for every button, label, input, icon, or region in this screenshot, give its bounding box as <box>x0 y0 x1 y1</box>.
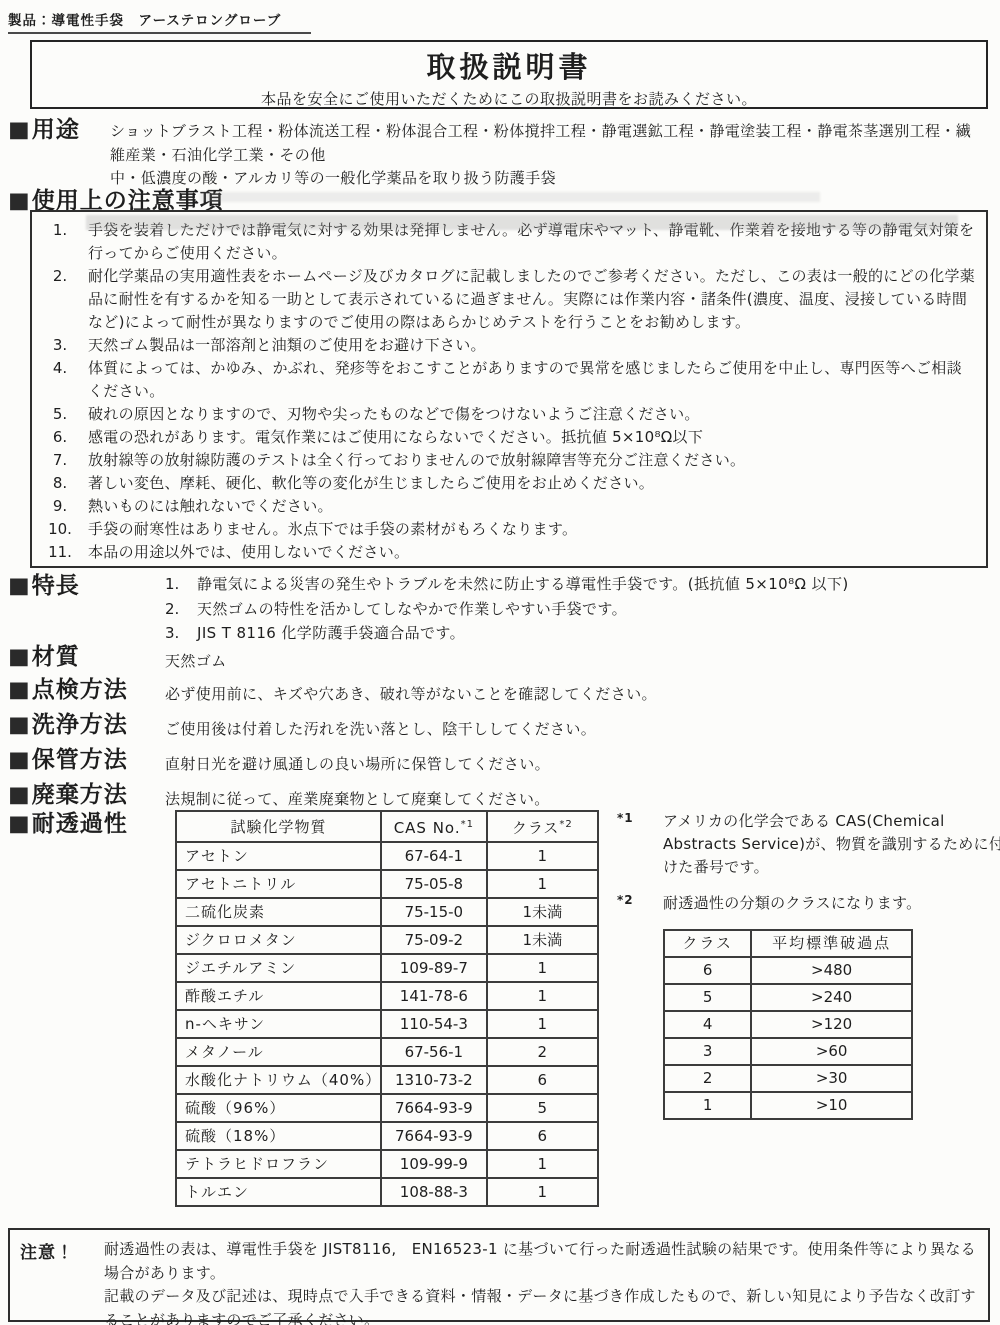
cell-chemical: テトラヒドロフラン <box>176 1150 381 1178</box>
footnote-text: 耐透過性の分類のクラスになります。 <box>663 892 1000 915</box>
section-bullet-icon: ■ <box>8 189 31 214</box>
cell-class: 1 <box>487 1178 598 1206</box>
cell-chemical: 酢酸エチル <box>176 982 381 1010</box>
section-washing-heading: ■洗浄方法 <box>8 711 165 739</box>
header-cas: CAS No.*1 <box>381 811 487 842</box>
caution-number: 2. <box>32 265 88 334</box>
section-bullet-icon: ■ <box>8 782 31 809</box>
cell-chemical: 二硫化炭素 <box>176 898 381 926</box>
section-material: ■材質 天然ゴム <box>8 643 227 674</box>
section-washing-label: 洗浄方法 <box>32 712 128 738</box>
table-row: テトラヒドロフラン109-99-91 <box>176 1150 598 1178</box>
cell-cas: 67-56-1 <box>381 1038 487 1066</box>
cell-breakthrough: >10 <box>751 1092 912 1119</box>
feature-number: 1. <box>165 572 197 597</box>
cell-cas: 75-09-2 <box>381 926 487 954</box>
material-text: 天然ゴム <box>165 643 227 674</box>
storage-text: 直射日光を避け風通しの良い場所に保管してください。 <box>165 746 550 777</box>
table-row: ジエチルアミン109-89-71 <box>176 954 598 982</box>
table-header-row: 試験化学物質 CAS No.*1 クラス*2 <box>176 811 598 842</box>
feature-text: JIS T 8116 化学防護手袋適合品です。 <box>197 621 465 646</box>
cell-breakthrough: >120 <box>751 1011 912 1038</box>
table-row: 3>60 <box>664 1038 912 1065</box>
cell-class: 3 <box>664 1038 751 1065</box>
section-material-label: 材質 <box>32 644 80 670</box>
table-header-row: クラス 平均標準破過点 <box>664 930 912 957</box>
usage-paragraph-1: ショットブラスト工程・粉体流送工程・粉体混合工程・粉体撹拌工程・静電選鉱工程・静… <box>110 120 980 167</box>
cell-cas: 7664-93-9 <box>381 1094 487 1122</box>
inspection-text: 必ず使用前に、キズや穴あき、破れ等がないことを確認してください。 <box>165 676 657 707</box>
features-list: 1.静電気による災害の発生やトラブルを未然に防止する導電性手袋です。(抵抗値 5… <box>165 572 849 646</box>
cell-class: 1 <box>487 1010 598 1038</box>
cell-chemical: 水酸化ナトリウム（40%） <box>176 1066 381 1094</box>
section-bullet-icon: ■ <box>8 712 31 739</box>
caution-number: 6. <box>32 426 88 449</box>
usage-paragraph-2: 中・低濃度の酸・アルカリ等の一般化学薬品を取り扱う防護手袋 <box>110 167 980 191</box>
cell-class: 6 <box>664 957 751 984</box>
footnote-2: *2 耐透過性の分類のクラスになります。 <box>617 892 1000 915</box>
caution-text: 熱いものには触れないでください。 <box>88 495 986 518</box>
section-bullet-icon: ■ <box>8 573 31 600</box>
cell-class: 1 <box>487 842 598 870</box>
cell-class: 1 <box>664 1092 751 1119</box>
notice-text: 耐透過性の表は、導電性手袋を JIST8116, EN16523-1 に基づいて… <box>104 1238 988 1320</box>
feature-item: 2.天然ゴムの特性を活かしてしなやかで作業しやすい手袋です。 <box>165 597 849 622</box>
header-class: クラス*2 <box>487 811 598 842</box>
table-row: 水酸化ナトリウム（40%）1310-73-26 <box>176 1066 598 1094</box>
cell-class: 5 <box>664 984 751 1011</box>
caution-item: 2.耐化学薬品の実用適性表をホームページ及びカタログに記載しましたのでご参考くだ… <box>32 265 986 334</box>
cell-chemical: 硫酸（96%） <box>176 1094 381 1122</box>
permeation-notes-column: *1 アメリカの化学会である CAS(Chemical Abstracts Se… <box>617 810 1000 1120</box>
section-features: ■特長 1.静電気による災害の発生やトラブルを未然に防止する導電性手袋です。(抵… <box>8 572 849 646</box>
cell-class: 4 <box>664 1011 751 1038</box>
feature-item: 3.JIS T 8116 化学防護手袋適合品です。 <box>165 621 849 646</box>
cell-chemical: 硫酸（18%） <box>176 1122 381 1150</box>
section-washing: ■洗浄方法 ご使用後は付着した汚れを洗い落とし、陰干ししてください。 <box>8 711 596 742</box>
washing-text: ご使用後は付着した汚れを洗い落とし、陰干ししてください。 <box>165 711 596 742</box>
section-permeation-heading: ■耐透過性 <box>8 810 175 838</box>
section-material-heading: ■材質 <box>8 643 165 671</box>
caution-item: 9.熱いものには触れないでください。 <box>32 495 986 518</box>
page-subtitle: 本品を安全にご使用いただくためにこの取扱説明書をお読みください。 <box>32 88 986 109</box>
table-row: 硫酸（96%）7664-93-95 <box>176 1094 598 1122</box>
notice-paragraph-2: 記載のデータ及び記述は、現時点で入手できる資料・情報・データに基づき作成したもの… <box>104 1285 980 1325</box>
table-row: 1>10 <box>664 1092 912 1119</box>
section-storage-heading: ■保管方法 <box>8 746 165 774</box>
section-storage-label: 保管方法 <box>32 747 128 773</box>
caution-number: 8. <box>32 472 88 495</box>
section-bullet-icon: ■ <box>8 747 31 774</box>
cell-chemical: トルエン <box>176 1178 381 1206</box>
cell-breakthrough: >480 <box>751 957 912 984</box>
table-row: n-ヘキサン110-54-31 <box>176 1010 598 1038</box>
title-box: 取扱説明書 本品を安全にご使用いただくためにこの取扱説明書をお読みください。 <box>30 40 988 109</box>
cell-cas: 75-15-0 <box>381 898 487 926</box>
caution-text: 体質によっては、かゆみ、かぶれ、発疹等をおこすことがありますので異常を感じました… <box>88 357 986 403</box>
notice-paragraph-1: 耐透過性の表は、導電性手袋を JIST8116, EN16523-1 に基づいて… <box>104 1238 980 1285</box>
caution-text: 手袋を装着しただけでは静電気に対する効果は発揮しません。必ず導電床やマット、静電… <box>88 219 986 265</box>
caution-number: 1. <box>32 219 88 265</box>
caution-text: 手袋の耐寒性はありません。氷点下では手袋の素材がもろくなります。 <box>88 518 986 541</box>
cell-chemical: アセトニトリル <box>176 870 381 898</box>
feature-number: 2. <box>165 597 197 622</box>
caution-text: 放射線等の放射線防護のテストは全く行っておりませんので放射線障害等充分ご注意くだ… <box>88 449 986 472</box>
manual-page: 製品：導電性手袋 アーステロングローブ 取扱説明書 本品を安全にご使用いただくた… <box>0 0 1000 1325</box>
table-row: メタノール67-56-12 <box>176 1038 598 1066</box>
section-permeation-label: 耐透過性 <box>32 811 128 837</box>
cautions-box: 1.手袋を装着しただけでは静電気に対する効果は発揮しません。必ず導電床やマット、… <box>30 210 988 568</box>
caution-item: 7.放射線等の放射線防護のテストは全く行っておりませんので放射線障害等充分ご注意… <box>32 449 986 472</box>
section-features-label: 特長 <box>32 573 80 599</box>
cell-breakthrough: >240 <box>751 984 912 1011</box>
notice-label: 注意！ <box>10 1238 104 1320</box>
caution-item: 10.手袋の耐寒性はありません。氷点下では手袋の素材がもろくなります。 <box>32 518 986 541</box>
table-row: ジクロロメタン75-09-21未満 <box>176 926 598 954</box>
cell-cas: 109-89-7 <box>381 954 487 982</box>
caution-item: 4.体質によっては、かゆみ、かぶれ、発疹等をおこすことがありますので異常を感じま… <box>32 357 986 403</box>
cell-cas: 109-99-9 <box>381 1150 487 1178</box>
scan-artifact <box>200 192 820 202</box>
cell-cas: 1310-73-2 <box>381 1066 487 1094</box>
caution-item: 3.天然ゴム製品は一部溶剤と油類のご使用をお避け下さい。 <box>32 334 986 357</box>
notice-box: 注意！ 耐透過性の表は、導電性手袋を JIST8116, EN16523-1 に… <box>8 1228 990 1322</box>
section-storage: ■保管方法 直射日光を避け風通しの良い場所に保管してください。 <box>8 746 550 777</box>
cas-footnote-marker: *1 <box>461 819 474 830</box>
section-usage-label: 用途 <box>32 117 80 143</box>
section-disposal: ■廃棄方法 法規制に従って、産業廃棄物として廃棄してください。 <box>8 781 550 812</box>
cell-class: 1 <box>487 870 598 898</box>
header-breakthrough: 平均標準破過点 <box>751 930 912 957</box>
table-row: 二硫化炭素75-15-01未満 <box>176 898 598 926</box>
section-disposal-heading: ■廃棄方法 <box>8 781 165 809</box>
cell-cas: 7664-93-9 <box>381 1122 487 1150</box>
table-row: 酢酸エチル141-78-61 <box>176 982 598 1010</box>
table-row: 4>120 <box>664 1011 912 1038</box>
class-definition-table: クラス 平均標準破過点 6>480 5>240 4>120 3>60 2>30 … <box>663 929 913 1120</box>
section-inspection-label: 点検方法 <box>32 677 128 703</box>
footnote-1: *1 アメリカの化学会である CAS(Chemical Abstracts Se… <box>617 810 1000 879</box>
page-title: 取扱説明書 <box>32 45 986 86</box>
section-bullet-icon: ■ <box>8 117 31 144</box>
cell-chemical: メタノール <box>176 1038 381 1066</box>
feature-item: 1.静電気による災害の発生やトラブルを未然に防止する導電性手袋です。(抵抗値 5… <box>165 572 849 597</box>
header-chemical: 試験化学物質 <box>176 811 381 842</box>
caution-item: 5.破れの原因となりますので、刃物や尖ったものなどで傷をつけないようご注意くださ… <box>32 403 986 426</box>
caution-item: 1.手袋を装着しただけでは静電気に対する効果は発揮しません。必ず導電床やマット、… <box>32 219 986 265</box>
cell-class: 5 <box>487 1094 598 1122</box>
cell-cas: 110-54-3 <box>381 1010 487 1038</box>
class-footnote-marker: *2 <box>559 819 572 830</box>
caution-number: 5. <box>32 403 88 426</box>
section-usage: ■用途 ショットブラスト工程・粉体流送工程・粉体混合工程・粉体撹拌工程・静電選鉱… <box>8 116 980 191</box>
cell-breakthrough: >60 <box>751 1038 912 1065</box>
cell-cas: 67-64-1 <box>381 842 487 870</box>
table-row: トルエン108-88-31 <box>176 1178 598 1206</box>
section-inspection-heading: ■点検方法 <box>8 676 165 704</box>
caution-number: 9. <box>32 495 88 518</box>
table-row: 6>480 <box>664 957 912 984</box>
caution-text: 著しい変色、摩耗、硬化、軟化等の変化が生じましたらご使用をお止めください。 <box>88 472 986 495</box>
cell-cas: 75-05-8 <box>381 870 487 898</box>
cell-class: 2 <box>487 1038 598 1066</box>
caution-text: 本品の用途以外では、使用しないでください。 <box>88 541 986 564</box>
footnote-text: アメリカの化学会である CAS(Chemical Abstracts Servi… <box>663 810 1000 879</box>
disposal-text: 法規制に従って、産業廃棄物として廃棄してください。 <box>165 781 550 812</box>
caution-text: 天然ゴム製品は一部溶剤と油類のご使用をお避け下さい。 <box>88 334 986 357</box>
section-usage-heading: ■用途 <box>8 116 110 144</box>
section-features-heading: ■特長 <box>8 572 165 600</box>
section-inspection: ■点検方法 必ず使用前に、キズや穴あき、破れ等がないことを確認してください。 <box>8 676 657 707</box>
cell-class: 1未満 <box>487 926 598 954</box>
section-disposal-label: 廃棄方法 <box>32 782 128 808</box>
cell-class: 2 <box>664 1065 751 1092</box>
section-bullet-icon: ■ <box>8 644 31 671</box>
caution-text: 耐化学薬品の実用適性表をホームページ及びカタログに記載しましたのでご参考ください… <box>88 265 986 334</box>
section-usage-body: ショットブラスト工程・粉体流送工程・粉体混合工程・粉体撹拌工程・静電選鉱工程・静… <box>110 116 980 191</box>
chemical-permeation-table: 試験化学物質 CAS No.*1 クラス*2 アセトン67-64-11 アセトニ… <box>175 810 599 1207</box>
caution-text: 破れの原因となりますので、刃物や尖ったものなどで傷をつけないようご注意ください。 <box>88 403 986 426</box>
cell-class: 6 <box>487 1122 598 1150</box>
caution-number: 3. <box>32 334 88 357</box>
cell-chemical: ジエチルアミン <box>176 954 381 982</box>
cell-cas: 108-88-3 <box>381 1178 487 1206</box>
section-bullet-icon: ■ <box>8 677 31 704</box>
caution-item: 8.著しい変色、摩耗、硬化、軟化等の変化が生じましたらご使用をお止めください。 <box>32 472 986 495</box>
header-class: クラス <box>664 930 751 957</box>
feature-number: 3. <box>165 621 197 646</box>
product-line: 製品：導電性手袋 アーステロングローブ <box>8 9 311 34</box>
cell-chemical: n-ヘキサン <box>176 1010 381 1038</box>
footnote-marker: *1 <box>617 810 663 879</box>
feature-text: 天然ゴムの特性を活かしてしなやかで作業しやすい手袋です。 <box>197 597 627 622</box>
cell-class: 1 <box>487 954 598 982</box>
caution-number: 10. <box>32 518 88 541</box>
table-row: アセトニトリル75-05-81 <box>176 870 598 898</box>
footnote-marker: *2 <box>617 892 663 915</box>
caution-item: 11.本品の用途以外では、使用しないでください。 <box>32 541 986 564</box>
caution-text: 感電の恐れがあります。電気作業にはご使用にならないでください。抵抗値 5×10⁸… <box>88 426 986 449</box>
cell-breakthrough: >30 <box>751 1065 912 1092</box>
table-row: アセトン67-64-11 <box>176 842 598 870</box>
cell-class: 6 <box>487 1066 598 1094</box>
table-row: 5>240 <box>664 984 912 1011</box>
caution-item: 6.感電の恐れがあります。電気作業にはご使用にならないでください。抵抗値 5×1… <box>32 426 986 449</box>
cell-class: 1未満 <box>487 898 598 926</box>
caution-number: 7. <box>32 449 88 472</box>
feature-text: 静電気による災害の発生やトラブルを未然に防止する導電性手袋です。(抵抗値 5×1… <box>197 572 849 597</box>
section-bullet-icon: ■ <box>8 811 31 838</box>
table-row: 硫酸（18%）7664-93-96 <box>176 1122 598 1150</box>
caution-number: 11. <box>32 541 88 564</box>
cell-class: 1 <box>487 982 598 1010</box>
cell-chemical: アセトン <box>176 842 381 870</box>
caution-number: 4. <box>32 357 88 403</box>
cell-class: 1 <box>487 1150 598 1178</box>
cell-cas: 141-78-6 <box>381 982 487 1010</box>
table-row: 2>30 <box>664 1065 912 1092</box>
cell-chemical: ジクロロメタン <box>176 926 381 954</box>
section-permeation: ■耐透過性 試験化学物質 CAS No.*1 クラス*2 アセトン67-64-1… <box>8 810 1000 1207</box>
